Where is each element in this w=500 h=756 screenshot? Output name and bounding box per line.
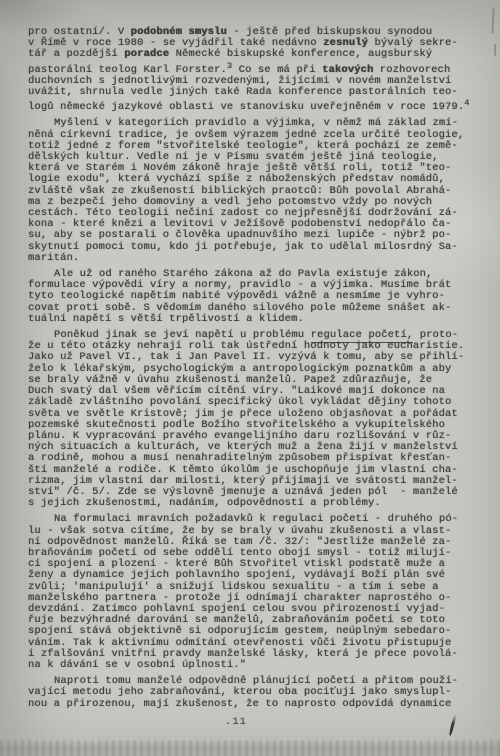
text-segment: světa ve světle Kristově; jim je přece u… [28, 408, 458, 420]
text-segment: poradce [124, 48, 169, 60]
text-segment: logie exodu", která vychází spíše z nábo… [28, 173, 445, 185]
text-line: nou a přirozenou, mají zkušenost, že to … [28, 699, 472, 710]
text-segment: covat proti sobě. S vědomím daného silov… [28, 302, 451, 314]
text-segment: duchovních s jednotlivými rozvedenými, ž… [28, 75, 451, 87]
text-segment: něná církevní tradice, je ovšem výrazem … [28, 129, 464, 141]
text-segment: vající metodu jeho zabraňování, kterou o… [28, 686, 451, 698]
text-segment: logů německé jazykové oblasti ve stanovi… [28, 101, 464, 113]
text-segment: Na formulaci mravních požadavků k regula… [54, 513, 458, 525]
text-segment: skytnutí pomoci tomu, kdo ji potřebuje, … [28, 241, 458, 253]
text-line: tuální napětí s větší trpělivostí a klid… [28, 314, 472, 325]
text-segment: Myšlení v kategoriích pravidlo a výjimka… [54, 117, 458, 129]
text-segment: rizma, jim vlastní dar milosti, který př… [28, 475, 458, 487]
text-segment: želo k lékařským, psychologickým a antro… [28, 363, 451, 375]
text-segment: nou a přirozenou, mají zkušenost, že to … [28, 698, 451, 710]
paragraph: pro ostatní/. V podobném smyslu - ještě … [28, 27, 472, 113]
scan-artifact [492, 8, 495, 34]
text-segment: základě zvláštního povolání specifický ú… [28, 396, 451, 408]
text-segment: lu - však sotva cítíme, že by se braly v… [28, 525, 451, 537]
text-line: uvážit, shrnula vedle jiných také Rada k… [28, 87, 472, 98]
text-segment: tyto teologické napětím nabité výpovědi … [28, 290, 445, 302]
text-segment: tář a pozdější [28, 48, 124, 60]
scan-edge [0, 740, 500, 756]
text-line: pastorální teolog Karl Forster.3 Co se m… [28, 61, 472, 76]
text-segment: s jejich zkušenostmi, nadáním, odpovědno… [28, 497, 381, 509]
document-page: pro ostatní/. V podobném smyslu - ještě … [0, 0, 500, 756]
text-segment: ní odpovědnost manželů. Říká se tam /č. … [28, 536, 451, 548]
paragraph: Poněkud jinak se jeví napětí u problému … [28, 330, 472, 509]
text-line: logů německé jazykové oblasti ve stanovi… [28, 98, 472, 113]
text-segment: pastorální teolog Karl Forster. [28, 64, 227, 76]
text-segment: su, aby se postarali o člověka upadnuvší… [28, 229, 451, 241]
text-segment: spojení stává objektivně si odporujícím … [28, 625, 451, 637]
text-block: pro ostatní/. V podobném smyslu - ještě … [28, 27, 472, 710]
scan-artifact [494, 44, 496, 56]
text-line: tář a pozdější poradce Německé biskupské… [28, 49, 472, 60]
paragraph: Ale už od raného Starého zákona až do Pa… [28, 269, 472, 325]
text-segment: maritán. [28, 252, 79, 264]
text-segment: Co se má při [232, 64, 322, 76]
text-segment: zvláště však ze zkušeností biblických pr… [28, 185, 451, 197]
text-segment: váním. Tak k aktivnímu odmítání otevřeno… [28, 637, 451, 649]
paragraph: Myšlení v kategoriích pravidlo a výjimka… [28, 118, 472, 264]
text-segment: pozemské skutečnosti podle Božího stvoři… [28, 419, 445, 431]
text-segment: rozhovorech [373, 64, 450, 76]
text-line: maritán. [28, 253, 472, 264]
page-number: .11 [0, 716, 472, 728]
text-segment: ští manželé a rodiče. K těmto úkolům je … [28, 464, 458, 476]
text-segment: i zfalšování vnitřní pravdy manželské lá… [28, 648, 458, 660]
paragraph: Na formulaci mravních požadavků k regula… [28, 514, 472, 671]
text-segment: zvůli; 'manipulují' a snižují lidskou se… [28, 581, 439, 593]
text-segment: uvážit, shrnula vedle jiných také Rada k… [28, 86, 458, 98]
text-line: skytnutí pomoci tomu, kdo ji potřebuje, … [28, 242, 472, 253]
text-segment: takových [322, 64, 373, 76]
text-segment: tuální napětí s větší trpělivostí a klid… [28, 313, 304, 325]
text-line: na k dávání se v osobní úplnosti." [28, 660, 472, 671]
text-segment: Jako už Pavel VI., tak i Jan Pavel II. v… [28, 351, 464, 363]
text-segment: manželského partnera - protože jí odníma… [28, 592, 451, 604]
text-segment: Německé biskupské konference, augsburský [169, 48, 432, 60]
text-segment: na k dávání se v osobní úplnosti." [28, 659, 246, 671]
paragraph: Naproti tomu manželé odpovědně plánující… [28, 676, 472, 710]
footnote-marker: 4 [464, 98, 469, 108]
text-segment: a rodině, mohou a musí nenahraditelným z… [28, 452, 451, 464]
text-segment: ženy a dynamice jejich pohlavního spojen… [28, 569, 445, 581]
text-line: s jejich zkušenostmi, nadáním, odpovědno… [28, 498, 472, 509]
